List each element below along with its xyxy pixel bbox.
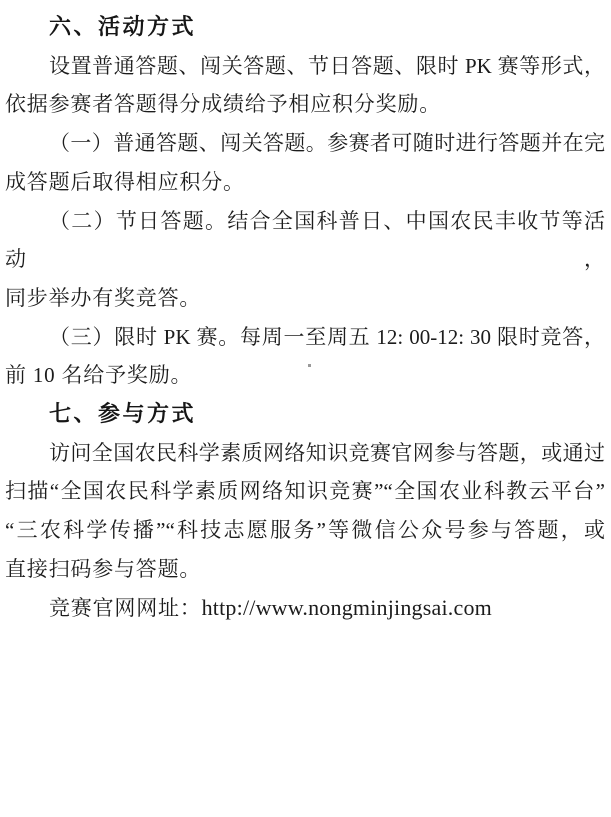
section-7-heading: 七、参与方式 [5, 395, 605, 434]
document-page: 六、活动方式设置普通答题、闯关答题、节日答题、限时 PK 赛等形式，依据参赛者答… [0, 0, 611, 817]
text-line: （三）限时 PK 赛。每周一至周五 12: 00-12: 30 限时竞答， [5, 318, 605, 357]
text-line: 依据参赛者答题得分成绩给予相应积分奖励。 [5, 85, 605, 124]
scan-speck [308, 364, 311, 367]
section-6-heading: 六、活动方式 [5, 8, 605, 47]
website-line: 竞赛官网网址：http://www.nongminjingsai.com [5, 589, 605, 628]
text-line: 成答题后取得相应积分。 [5, 163, 605, 202]
text-line: 同步举办有奖竞答。 [5, 279, 605, 318]
text-line: （一）普通答题、闯关答题。参赛者可随时进行答题并在完 [5, 124, 605, 163]
text-line: “三农科学传播”“科技志愿服务”等微信公众号参与答题，或 [5, 511, 605, 550]
website-url: http://www.nongminjingsai.com [202, 595, 492, 620]
website-label: 竞赛官网网址： [49, 596, 202, 620]
text-line: 访问全国农民科学素质网络知识竞赛官网参与答题，或通过 [5, 434, 605, 473]
text-line: 直接扫码参与答题。 [5, 550, 605, 589]
text-line: （二）节日答题。结合全国科普日、中国农民丰收节等活动， [5, 202, 605, 279]
text-line: 扫描“全国农民科学素质网络知识竞赛”“全国农业科教云平台” [5, 472, 605, 511]
document-content: 六、活动方式设置普通答题、闯关答题、节日答题、限时 PK 赛等形式，依据参赛者答… [5, 8, 605, 627]
text-line: 前 10 名给予奖励。 [5, 356, 605, 395]
text-line: 设置普通答题、闯关答题、节日答题、限时 PK 赛等形式， [5, 47, 605, 86]
